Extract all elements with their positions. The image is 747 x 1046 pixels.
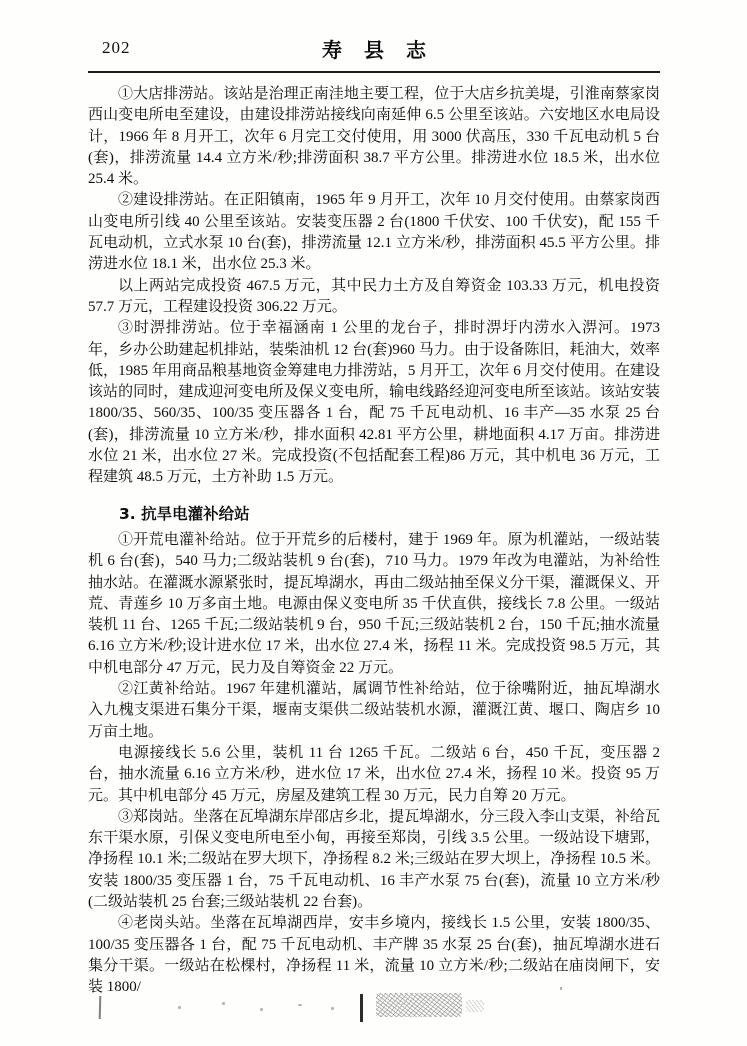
paragraph-jianshe-drainage-station: ②建设排涝站。在正阳镇南，1965 年 9 月开工，次年 10 月交付使用。由蔡… [88,190,660,275]
paragraph-shipi-drainage-station: ③时淠排涝站。位于幸福涵南 1 公里的龙台子，排时淠圩内涝水入淠河。1973 年… [88,318,660,488]
paragraph-zhenggang-station: ③郑岗站。坐落在瓦埠湖东岸邵店乡北，提瓦埠湖水，分三段入李山支渠，补给瓦东干渠水… [88,807,660,913]
scan-artifact-smudge [466,1000,484,1012]
scan-artifact-tick [99,996,102,1019]
book-page: 202 寿县志 ①大店排涝站。该站是治理正南洼地主要工程，位于大店乡抗美堤，引淮… [0,0,747,1046]
page-body: ①大店排涝站。该站是治理正南洼地主要工程，位于大店乡抗美堤，引淮南蔡家岗西山变电… [88,84,660,998]
section-heading-irrigation-supply-stations: 3. 抗旱电灌补给站 [88,504,660,525]
scan-artifact-dot [178,1006,181,1009]
page-number: 202 [102,38,131,58]
scan-artifact-dot [222,1002,225,1005]
book-title: 寿县志 [88,34,660,63]
paragraph-kaihuang-supply-station: ①开荒电灌补给站。位于开荒乡的后楼村，建于 1969 年。原为机灌站，一级站装机… [88,530,660,679]
paragraph-jianghuang-supply-station: ②江黄补给站。1967 年建机灌站，属调节性补给站，位于徐嘴附近，抽瓦埠湖水入九… [88,679,660,743]
scan-artifact-dot [298,1004,302,1006]
scan-artifact-dot [260,1008,263,1011]
page-header: 202 寿县志 [88,34,660,64]
paragraph-dadian-drainage-station: ①大店排涝站。该站是治理正南洼地主要工程，位于大店乡抗美堤，引淮南蔡家岗西山变电… [88,84,660,190]
page-content: 202 寿县志 ①大店排涝站。该站是治理正南洼地主要工程，位于大店乡抗美堤，引淮… [88,34,660,998]
paragraph-laogangtou-station: ④老岗头站。坐落在瓦埠湖西岸，安丰乡境内，接线长 1.5 公里，安装 1800/… [88,913,660,998]
paragraph-jianghuang-station-details: 电源接线长 5.6 公里，装机 11 台 1265 千瓦。二级站 6 台，450… [88,743,660,807]
header-divider [88,71,660,73]
paragraph-investment-summary: 以上两站完成投资 467.5 万元，其中民力土方及自筹资金 103.33 万元，… [88,276,660,319]
scan-artifact-dot [331,1007,334,1010]
